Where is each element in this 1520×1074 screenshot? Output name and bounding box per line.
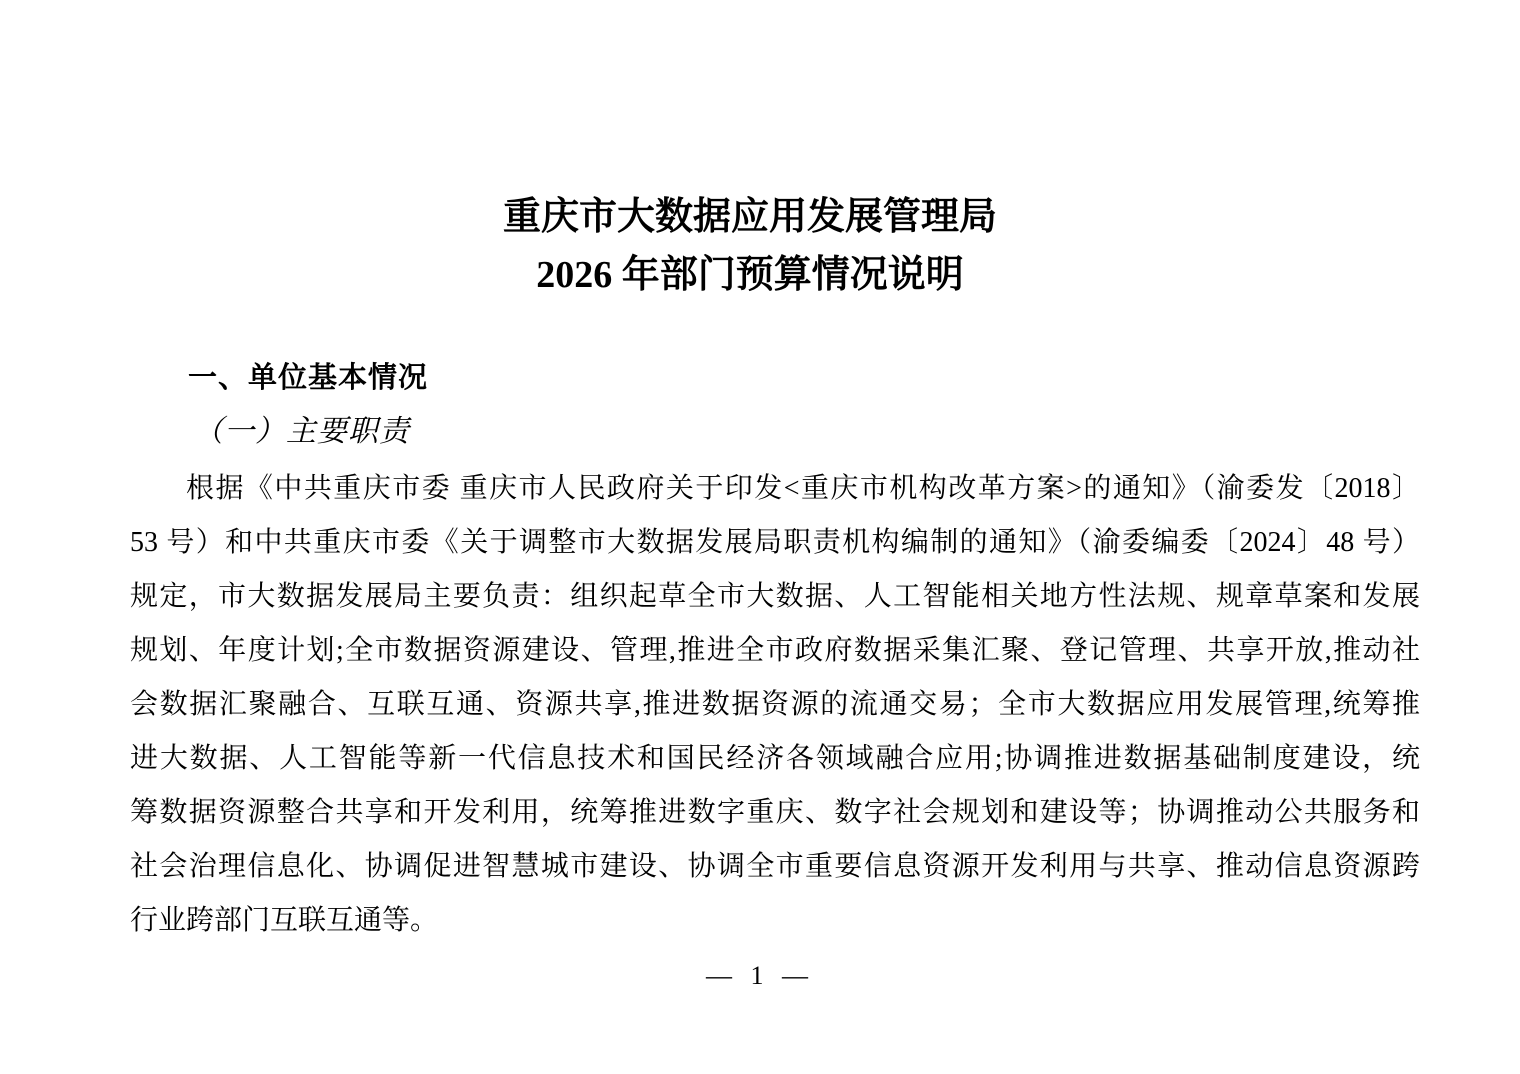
section-heading-basic-situation: 一、单位基本情况 [188,360,428,396]
paragraph-line: 规定，市大数据发展局主要负责：组织起草全市大数据、人工智能相关地方性法规、规章草… [130,570,1420,624]
paragraph-line: 会数据汇聚融合、互联互通、资源共享,推进数据资源的流通交易；全市大数据应用发展管… [130,678,1420,732]
paragraph-line: 社会治理信息化、协调促进智慧城市建设、协调全市重要信息资源开发利用与共享、推动信… [130,840,1420,894]
body-paragraph: 根据《中共重庆市委 重庆市人民政府关于印发<重庆市机构改革方案>的通知》（渝委发… [130,462,1420,948]
paragraph-line: 筹数据资源整合共享和开发利用，统筹推进数字重庆、数字社会规划和建设等；协调推动公… [130,786,1420,840]
subsection-heading-main-duties: （一）主要职责 [193,413,410,451]
document-title-line2: 2026 年部门预算情况说明 [0,246,1500,304]
paragraph-line: 53 号）和中共重庆市委《关于调整市大数据发展局职责机构编制的通知》（渝委编委〔… [130,516,1420,570]
page-number: — 1 — [0,958,1520,994]
paragraph-line: 根据《中共重庆市委 重庆市人民政府关于印发<重庆市机构改革方案>的通知》（渝委发… [130,462,1420,516]
document-title: 重庆市大数据应用发展管理局 2026 年部门预算情况说明 [0,188,1500,304]
paragraph-line: 规划、年度计划;全市数据资源建设、管理,推进全市政府数据采集汇聚、登记管理、共享… [130,624,1420,678]
document-page: 重庆市大数据应用发展管理局 2026 年部门预算情况说明 一、单位基本情况 （一… [0,0,1520,1074]
paragraph-line: 行业跨部门互联互通等。 [130,894,1420,948]
paragraph-line: 进大数据、人工智能等新一代信息技术和国民经济各领域融合应用;协调推进数据基础制度… [130,732,1420,786]
document-title-line1: 重庆市大数据应用发展管理局 [0,188,1500,246]
